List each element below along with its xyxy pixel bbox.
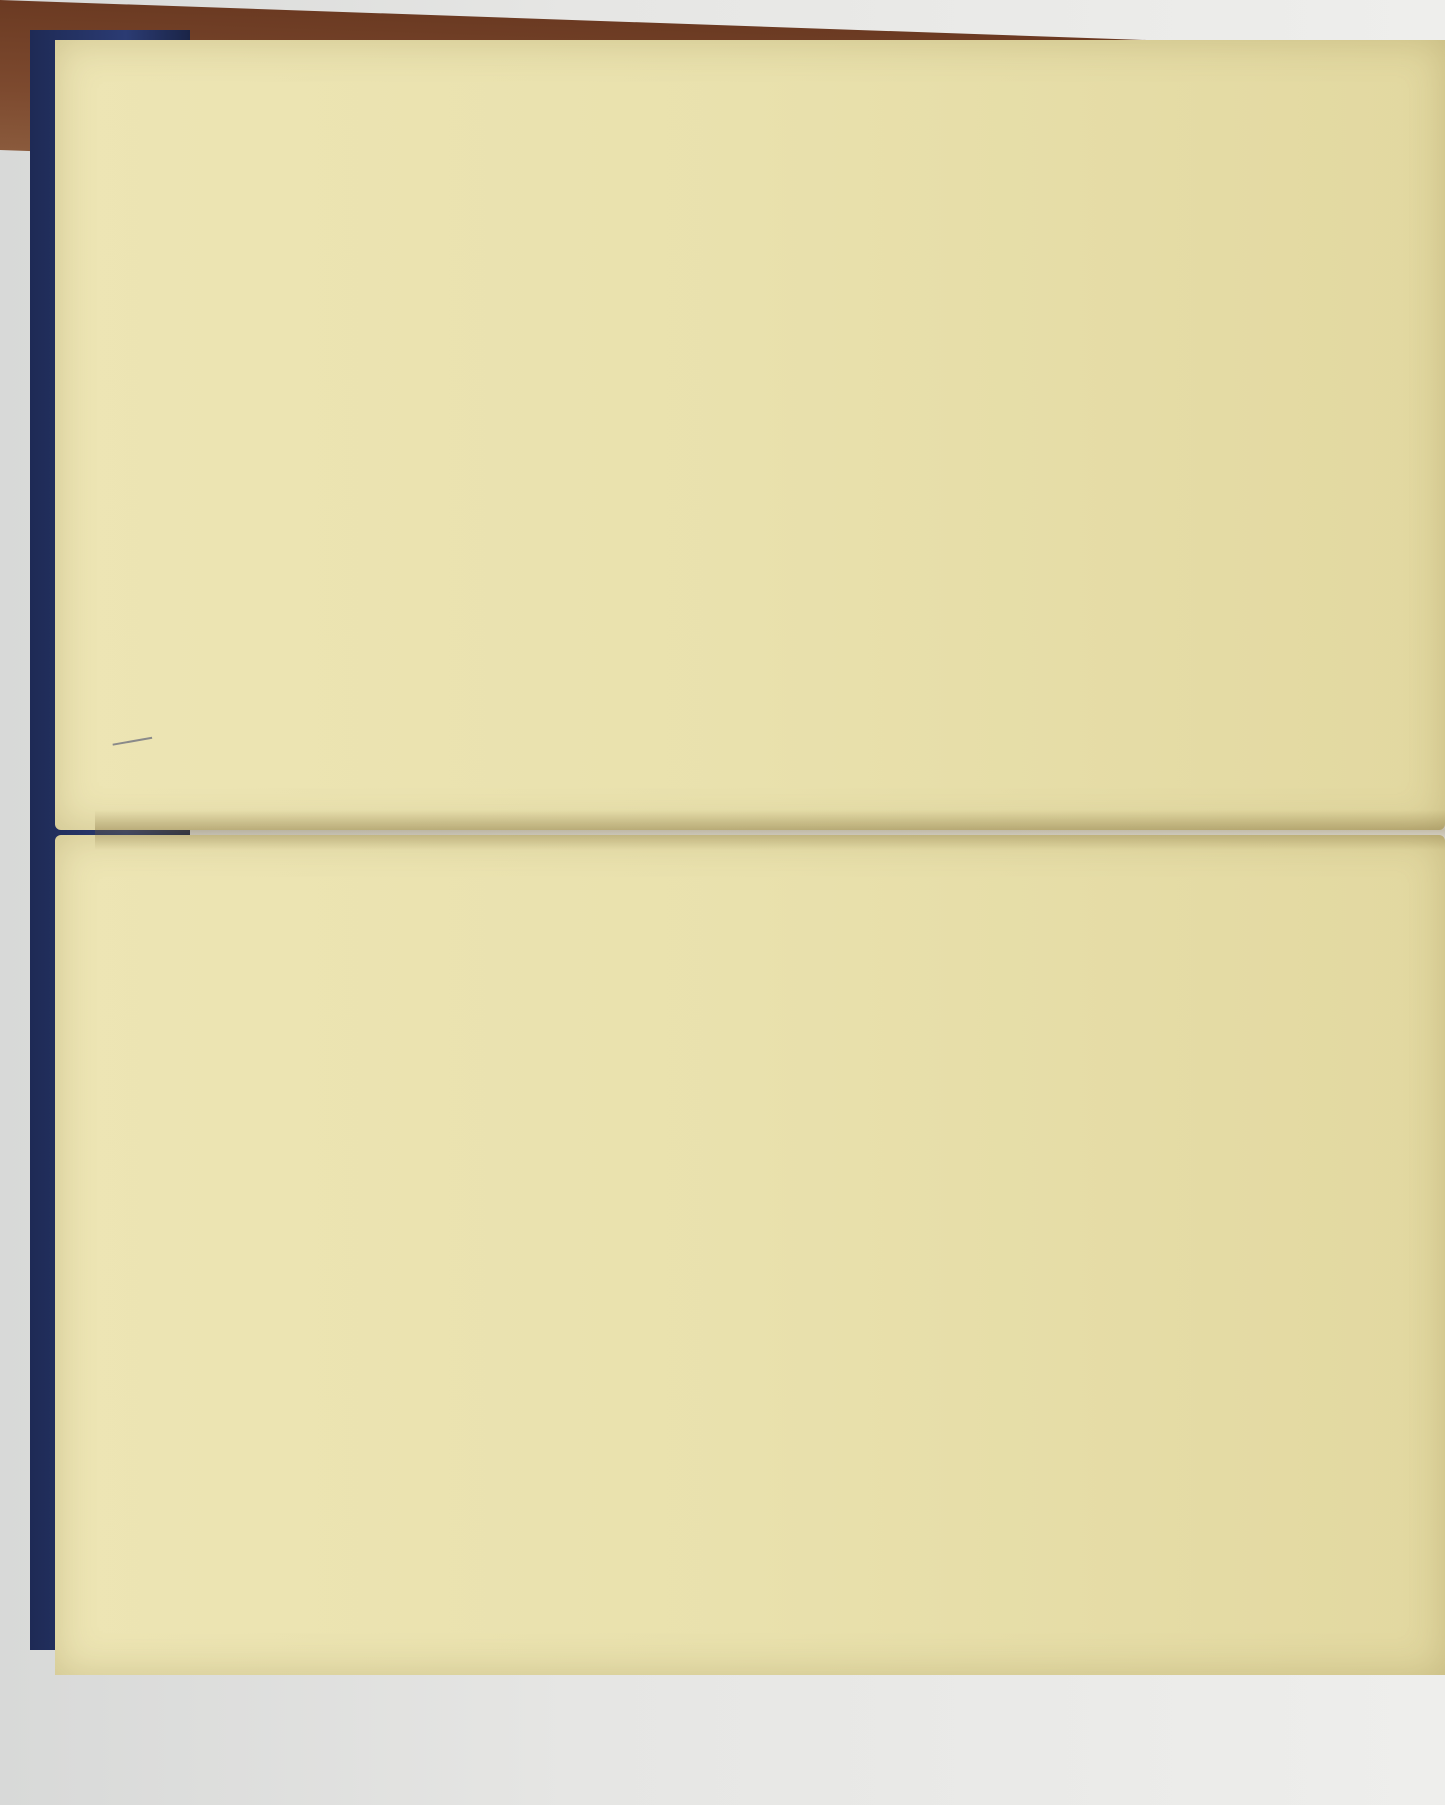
binding-thread bbox=[113, 737, 158, 775]
right-page: PRIMARY FUNCTIONS OF GOVERNMENT. 23 cept… bbox=[55, 835, 1445, 1675]
left-page: 22 POLITICS FOR YOUNG AMERICANS. IV. OF … bbox=[55, 40, 1445, 830]
book-gutter bbox=[95, 810, 1445, 850]
open-book: 22 POLITICS FOR YOUNG AMERICANS. IV. OF … bbox=[55, 40, 1445, 1690]
